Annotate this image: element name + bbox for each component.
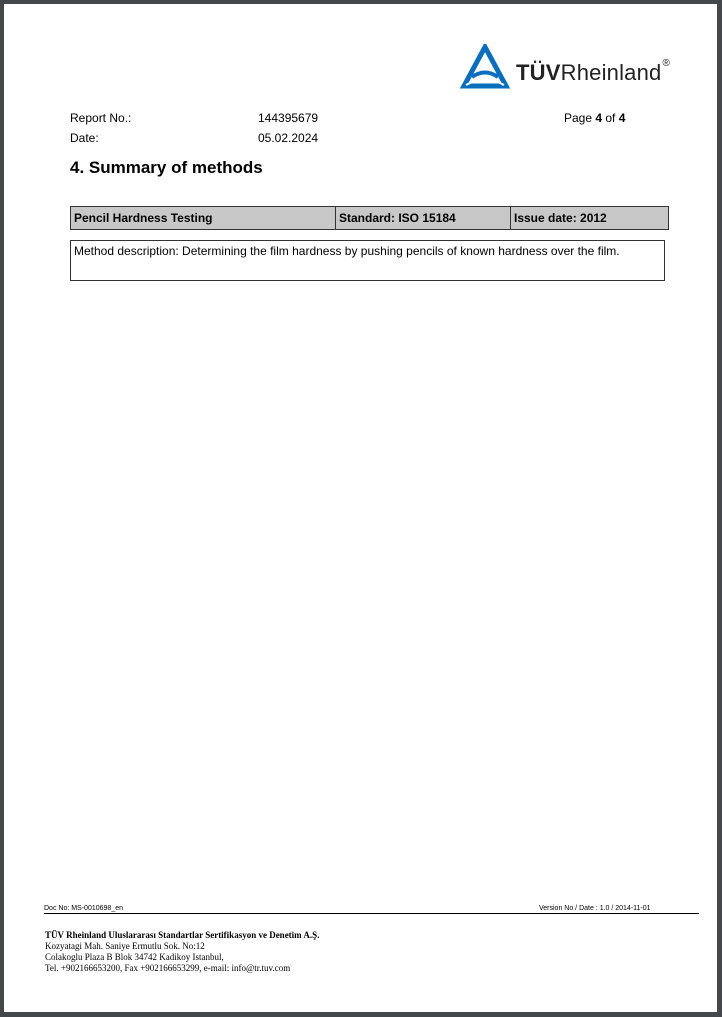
registered-mark: ® [663, 58, 671, 69]
tuv-triangle-icon [460, 44, 510, 90]
report-no-label: Report No.: [70, 111, 131, 125]
section-title: 4. Summary of methods [70, 158, 263, 178]
logo-wordmark: TÜVRheinland® [516, 60, 670, 86]
method-header-table: Pencil Hardness Testing Standard: ISO 15… [70, 206, 669, 230]
version-info: Version No / Date : 1.0 / 2014-11-01 [539, 905, 651, 912]
address-line-1: Kozyatagi Mah. Saniye Ermutlu Sok. No:12 [45, 941, 319, 952]
method-name: Pencil Hardness Testing [71, 207, 336, 230]
method-description: Method description: Determining the film… [70, 240, 665, 281]
footer-address: TÜV Rheinland Uluslararası Standartlar S… [45, 930, 319, 974]
date-label: Date: [70, 131, 99, 145]
method-standard: Standard: ISO 15184 [336, 207, 511, 230]
logo-brand-bold: TÜV [516, 60, 561, 85]
page-total: 4 [619, 111, 626, 125]
company-name: TÜV Rheinland Uluslararası Standartlar S… [45, 930, 319, 941]
page-number: Page 4 of 4 [564, 111, 625, 125]
page-prefix: Page [564, 111, 595, 125]
method-header-row: Pencil Hardness Testing Standard: ISO 15… [71, 207, 669, 230]
contact-line: Tel. +902166653200, Fax +902166653299, e… [45, 963, 319, 974]
doc-number: Doc No: MS-0010698_en [44, 905, 123, 912]
page-of: of [602, 111, 619, 125]
logo-brand-regular: Rheinland [561, 60, 662, 85]
method-issue-date: Issue date: 2012 [511, 207, 669, 230]
address-line-2: Colakoglu Plaza B Blok 34742 Kadikoy Ist… [45, 952, 319, 963]
report-no-value: 144395679 [258, 111, 318, 125]
document-page: TÜVRheinland® Report No.: 144395679 Date… [4, 4, 717, 1012]
footer-divider [44, 913, 699, 914]
tuv-rheinland-logo: TÜVRheinland® [460, 44, 700, 94]
date-value: 05.02.2024 [258, 131, 318, 145]
